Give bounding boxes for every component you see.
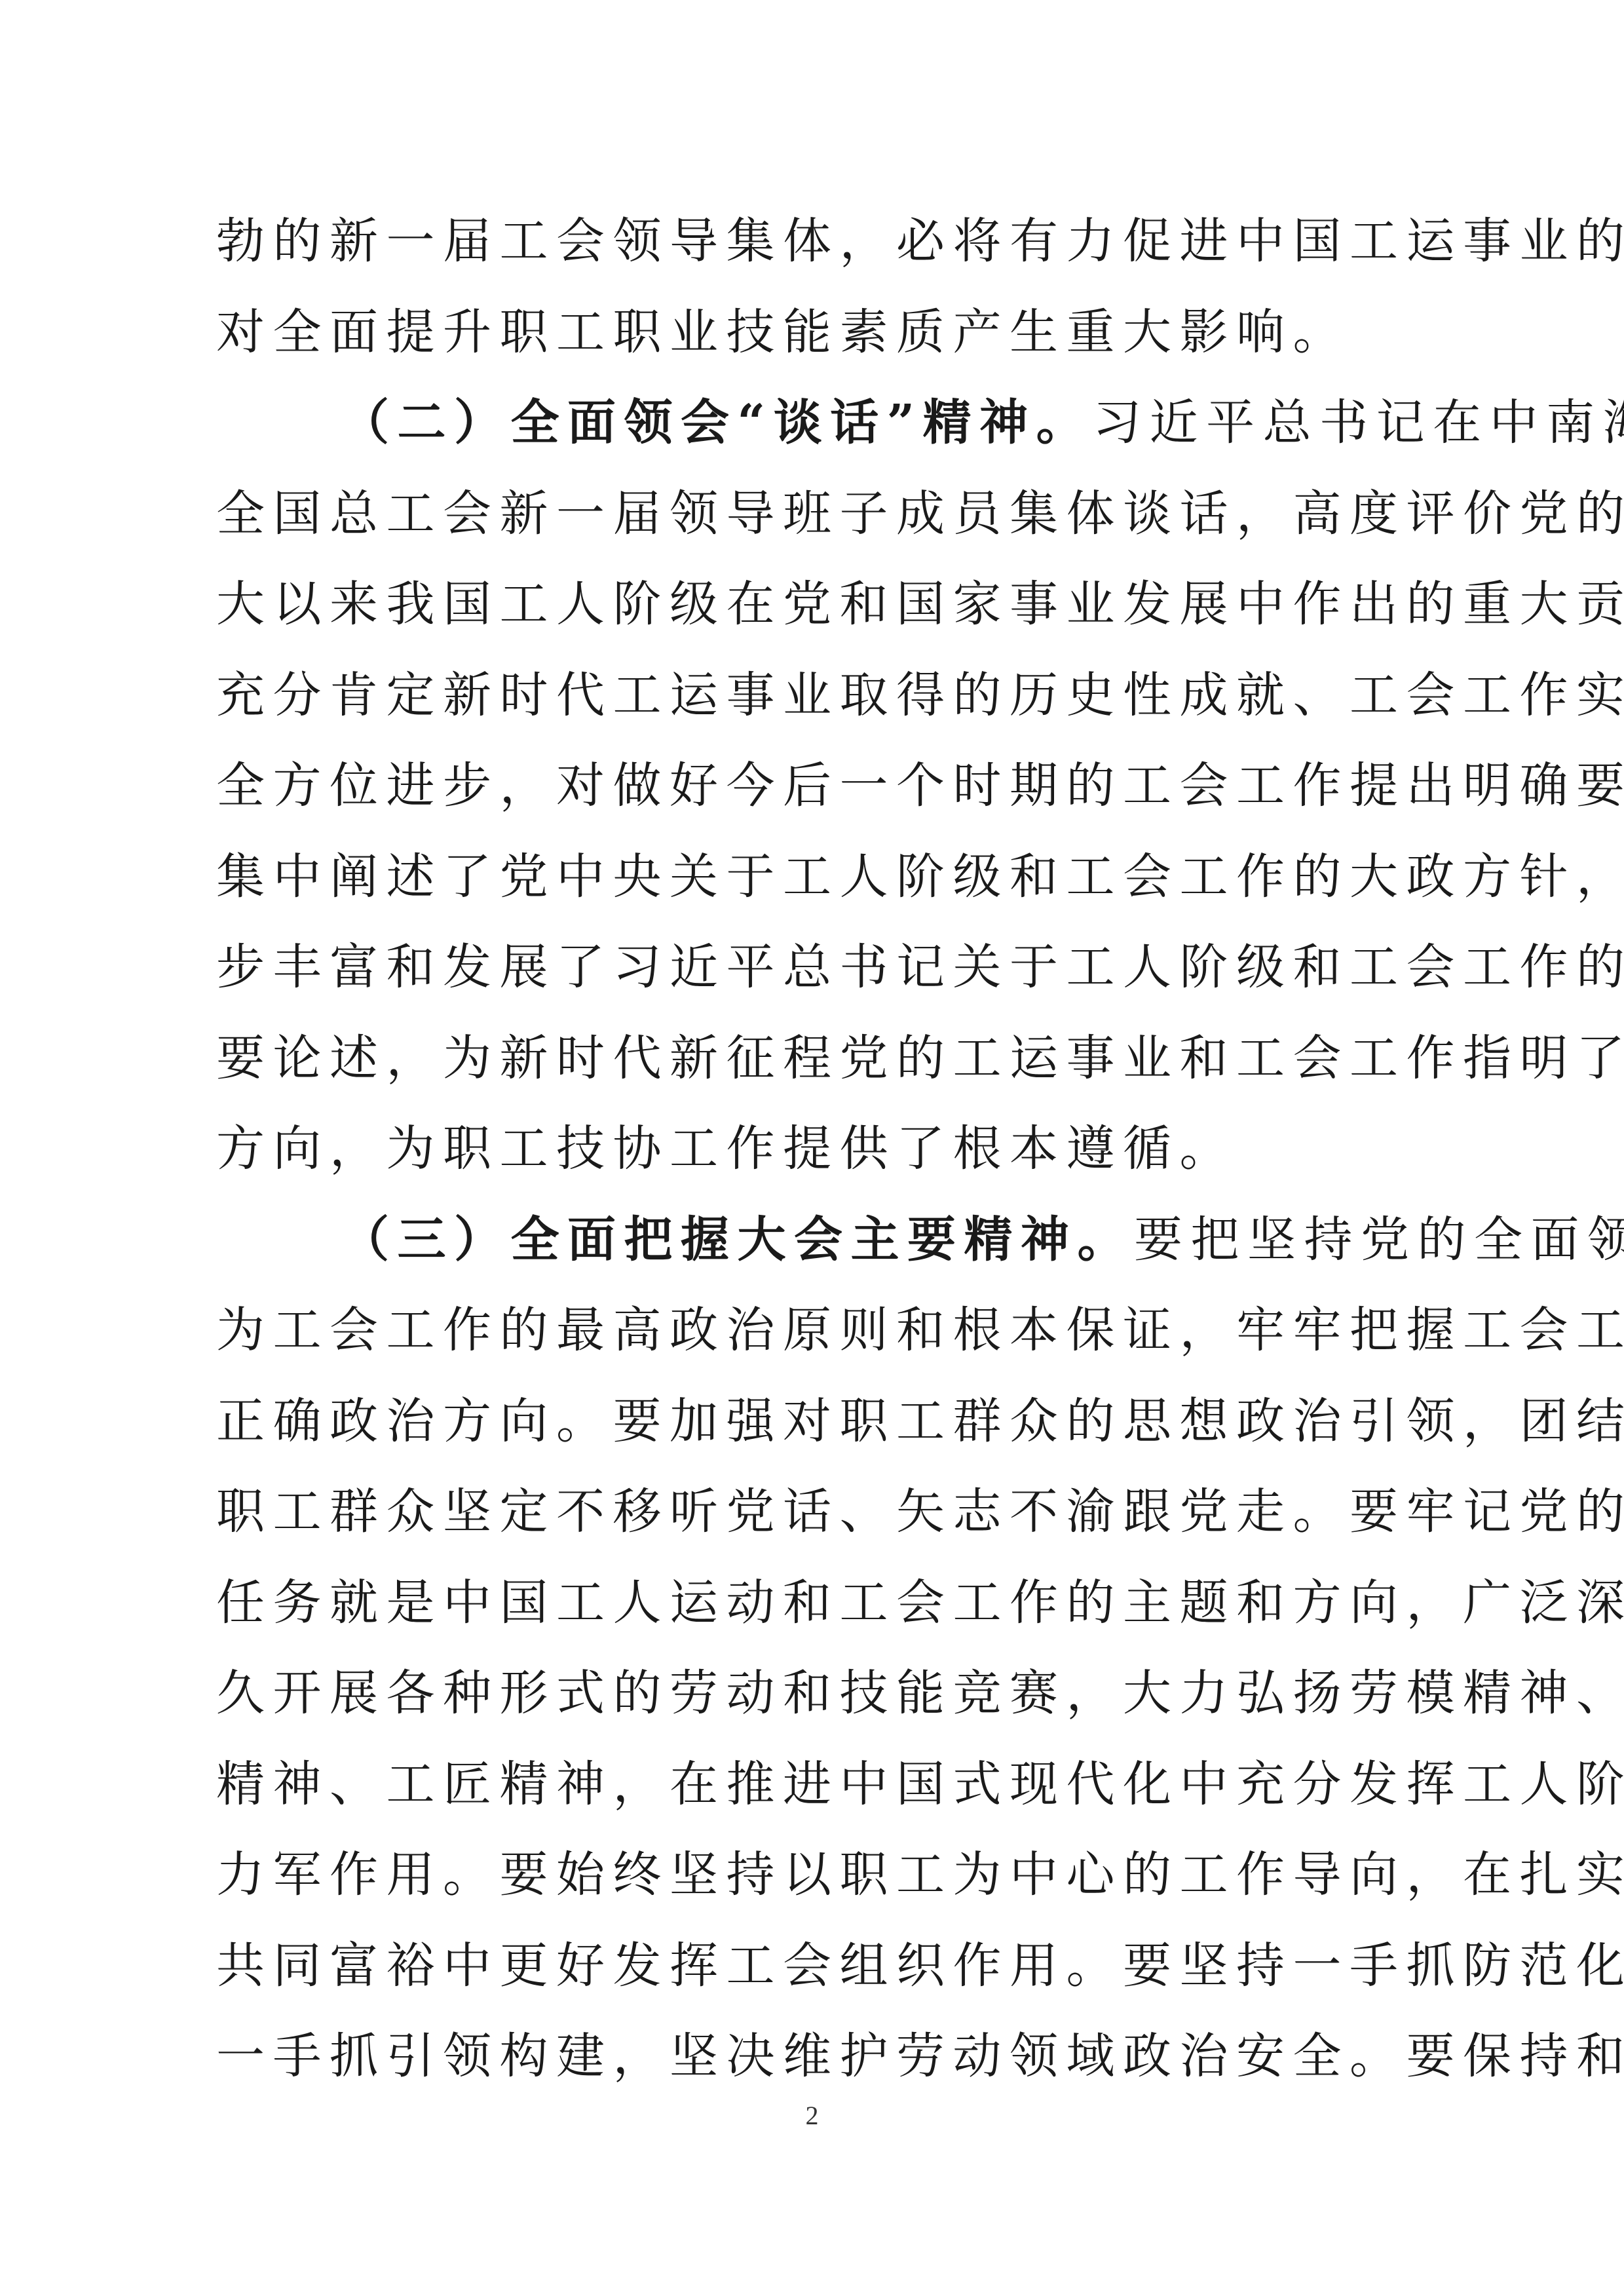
text-line: 力军作用。要始终坚持以职工为中心的工作导向，在扎实推进 [216, 1842, 1395, 1933]
text-line: 正确政治方向。要加强对职工群众的思想政治引领，团结引导 [216, 1388, 1395, 1480]
text-line: 勃的新一届工会领导集体，必将有力促进中国工运事业的发展， [216, 208, 1395, 299]
text-line: 步丰富和发展了习近平总书记关于工人阶级和工会工作的重 [216, 934, 1395, 1025]
text-line: 集中阐述了党中央关于工人阶级和工会工作的大政方针，进一 [216, 844, 1395, 935]
document-page: 勃的新一届工会领导集体，必将有力促进中国工运事业的发展， 对全面提升职工职业技能… [0, 0, 1624, 2296]
text-line: 共同富裕中更好发挥工会组织作用。要坚持一手抓防范化解， [216, 1933, 1395, 2024]
text-line: 要论述，为新时代新征程党的工运事业和工会工作指明了前进 [216, 1025, 1395, 1117]
section-heading-line: （二）全面领会“谈话”精神。习近平总书记在中南海同 [216, 390, 1395, 481]
text-span: 要把坚持党的全面领导作 [1134, 1212, 1624, 1268]
text-line: 大以来我国工人阶级在党和国家事业发展中作出的重大贡献， [216, 571, 1395, 662]
page-number: 2 [0, 2100, 1624, 2131]
text-line: 对全面提升职工职业技能素质产生重大影响。 [216, 299, 1395, 391]
text-line: 任务就是中国工人运动和工会工作的主题和方向，广泛深入持 [216, 1570, 1395, 1661]
text-line: 充分肯定新时代工运事业取得的历史性成就、工会工作实现的 [216, 662, 1395, 754]
text-line: 全国总工会新一届领导班子成员集体谈话，高度评价党的十八 [216, 481, 1395, 572]
text-span: 习近平总书记在中南海同 [1093, 394, 1624, 451]
section-heading: （二）全面领会“谈话”精神。 [341, 394, 1093, 451]
text-line: 为工会工作的最高政治原则和根本保证，牢牢把握工会工作的 [216, 1297, 1395, 1388]
text-line: 精神、工匠精神，在推进中国式现代化中充分发挥工人阶级主 [216, 1751, 1395, 1843]
text-line: 方向，为职工技协工作提供了根本遵循。 [216, 1116, 1395, 1207]
section-heading-line: （三）全面把握大会主要精神。要把坚持党的全面领导作 [216, 1207, 1395, 1298]
text-line: 久开展各种形式的劳动和技能竞赛，大力弘扬劳模精神、劳动 [216, 1660, 1395, 1751]
body-text: 勃的新一届工会领导集体，必将有力促进中国工运事业的发展， 对全面提升职工职业技能… [216, 208, 1395, 2114]
text-line: 全方位进步，对做好今后一个时期的工会工作提出明确要求， [216, 753, 1395, 844]
section-heading: （三）全面把握大会主要精神。 [341, 1212, 1134, 1268]
text-line: 职工群众坚定不移听党话、矢志不渝跟党走。要牢记党的中心 [216, 1479, 1395, 1570]
